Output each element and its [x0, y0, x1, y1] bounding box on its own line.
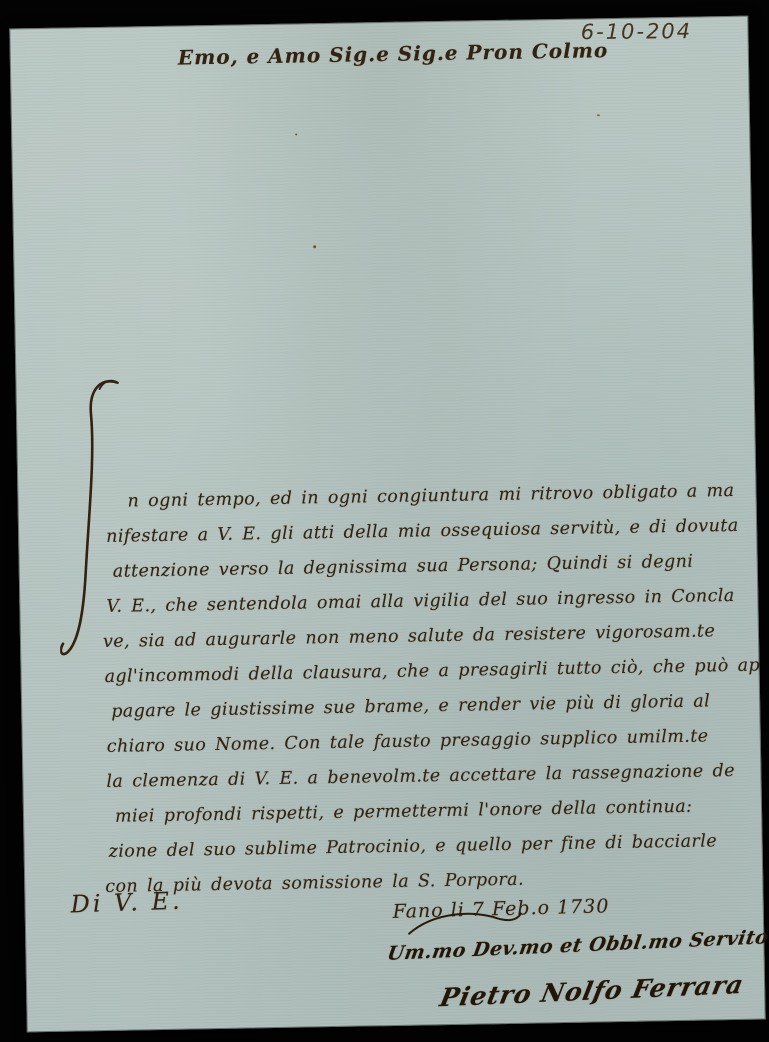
foxing-speck [597, 114, 600, 116]
scanned-letter-page: 6-10-204 Emo, e Amo Sig.e Sig.e Pron Col… [0, 0, 769, 1042]
signature-flourish-icon [405, 908, 526, 940]
letter-closing: Di V. E. [70, 887, 183, 919]
letter-body: n ogni tempo, ed in ogni congiuntura mi … [105, 474, 760, 905]
foxing-speck [295, 134, 297, 136]
foxing-speck [313, 245, 316, 248]
letter-salutation: Emo, e Amo Sig.e Sig.e Pron Colmo [178, 39, 528, 69]
signature-name: Pietro Nolfo Ferrara [437, 970, 753, 1013]
letter-paper: 6-10-204 Emo, e Amo Sig.e Sig.e Pron Col… [9, 16, 765, 1033]
